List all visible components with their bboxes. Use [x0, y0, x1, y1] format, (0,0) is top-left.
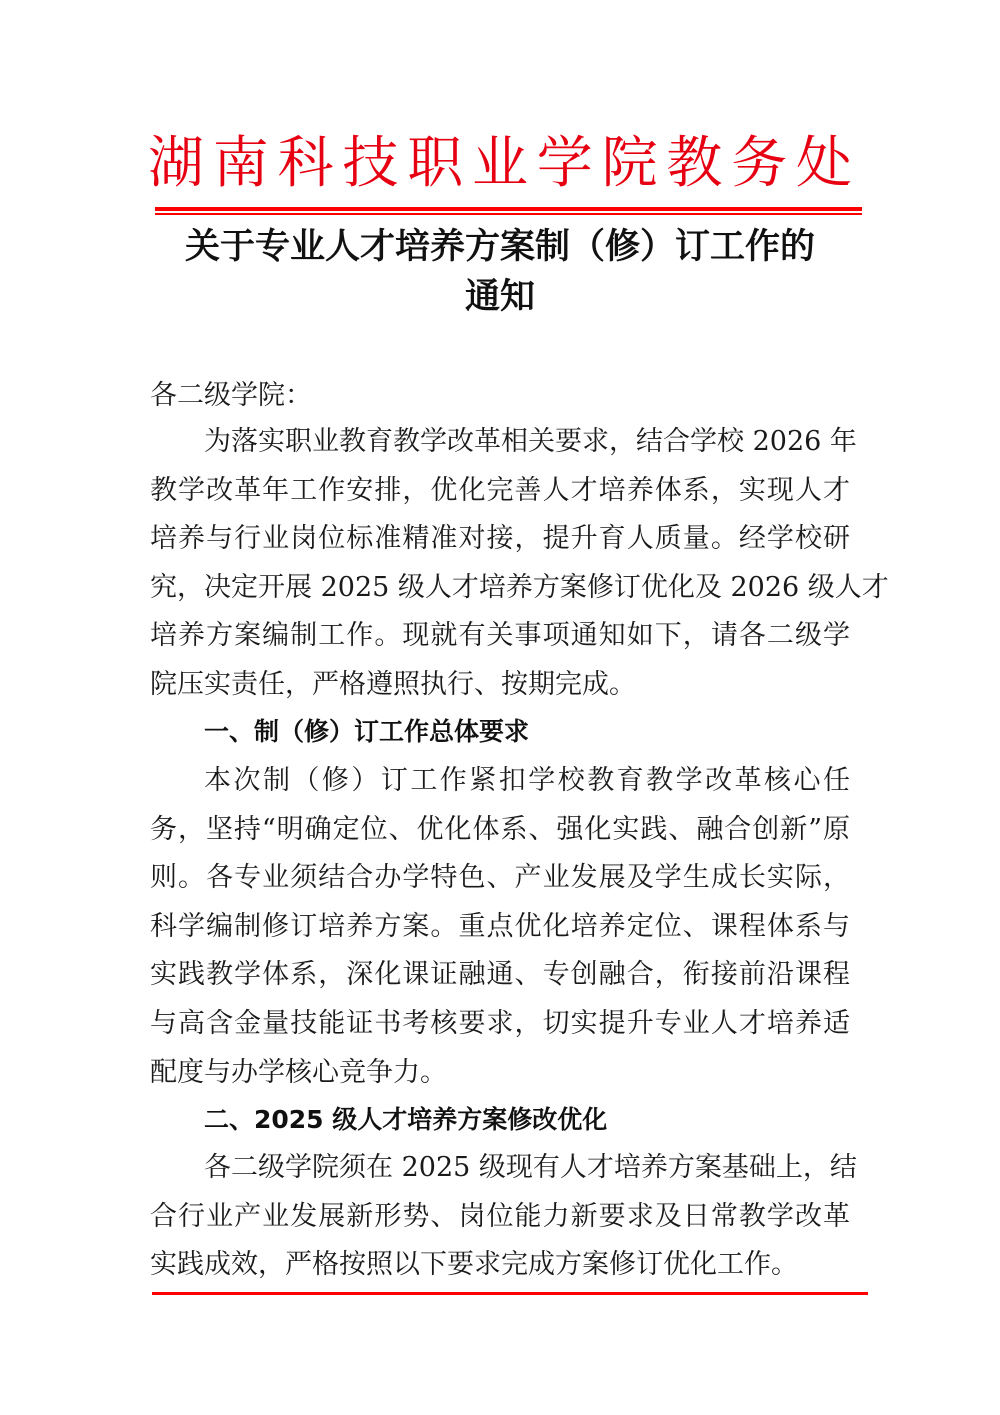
- paragraph-line: 为落实职业教育教学改革相关要求，结合学校 2026 年: [150, 418, 850, 467]
- paragraph-line: 与高含金量技能证书考核要求，切实提升专业人才培养适: [150, 1000, 850, 1049]
- document-title-line: 关于专业人才培养方案制（修）订工作的: [150, 222, 850, 272]
- paragraph-line: 培养与行业岗位标准精准对接，提升育人质量。经学校研: [150, 515, 850, 564]
- paragraph-line: 培养方案编制工作。现就有关事项通知如下，请各二级学: [150, 612, 850, 661]
- document-title: 关于专业人才培养方案制（修）订工作的 通知: [150, 222, 850, 322]
- paragraph-line: 科学编制修订培养方案。重点优化培养定位、课程体系与: [150, 903, 850, 952]
- paragraph-line: 院压实责任，严格遵照执行、按期完成。: [150, 661, 850, 710]
- paragraph-line: 本次制（修）订工作紧扣学校教育教学改革核心任: [150, 757, 850, 806]
- paragraph-line: 务，坚持“明确定位、优化体系、强化实践、融合创新”原: [150, 806, 850, 855]
- section2-paragraph: 各二级学院须在 2025 级现有人才培养方案基础上，结 合行业产业发展新形势、岗…: [150, 1144, 850, 1290]
- paragraph-line: 则。各专业须结合办学特色、产业发展及学生成长实际，: [150, 854, 850, 903]
- salutation: 各二级学院：: [150, 376, 312, 416]
- header-red-rule-thick: [155, 207, 862, 211]
- paragraph-line: 各二级学院须在 2025 级现有人才培养方案基础上，结: [150, 1144, 850, 1193]
- footer-red-rule: [152, 1292, 868, 1295]
- paragraph-line: 究，决定开展 2025 级人才培养方案修订优化及 2026 级人才: [150, 564, 850, 613]
- paragraph-line: 教学改革年工作安排，优化完善人才培养体系，实现人才: [150, 467, 850, 516]
- organization-header: 湖南科技职业学院教务处: [148, 128, 860, 200]
- paragraph-line: 合行业产业发展新形势、岗位能力新要求及日常教学改革: [150, 1193, 850, 1242]
- document-page: 湖南科技职业学院教务处 关于专业人才培养方案制（修）订工作的 通知 各二级学院：…: [0, 0, 1000, 1415]
- section-heading-2: 二、2025 级人才培养方案修改优化: [204, 1100, 607, 1140]
- document-title-line: 通知: [150, 272, 850, 322]
- paragraph-line: 实践成效，严格按照以下要求完成方案修订优化工作。: [150, 1241, 850, 1290]
- header-red-rule-thin: [155, 213, 862, 215]
- section1-paragraph: 本次制（修）订工作紧扣学校教育教学改革核心任 务，坚持“明确定位、优化体系、强化…: [150, 757, 850, 1097]
- paragraph-line: 实践教学体系，深化课证融通、专创融合，衔接前沿课程: [150, 951, 850, 1000]
- intro-paragraph: 为落实职业教育教学改革相关要求，结合学校 2026 年 教学改革年工作安排，优化…: [150, 418, 850, 710]
- paragraph-line: 配度与办学核心竞争力。: [150, 1049, 850, 1098]
- section-heading-1: 一、制（修）订工作总体要求: [204, 712, 529, 752]
